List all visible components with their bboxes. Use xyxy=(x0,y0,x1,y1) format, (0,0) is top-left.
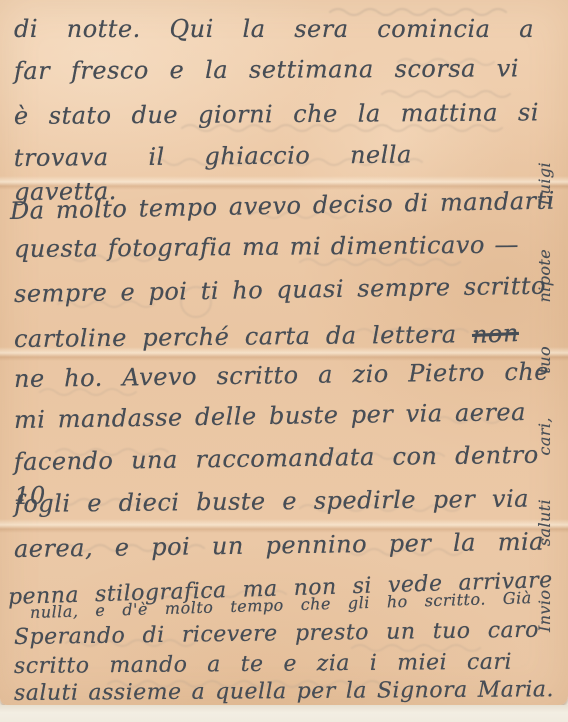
scanned-letter: di notte. Qui la sera comincia a far fre… xyxy=(0,0,568,722)
letter-line: questa fotografia ma mi dimenticavo — xyxy=(14,228,519,266)
letter-line: sempre e poi ti ho quasi sempre scritto xyxy=(14,269,546,311)
margin-note: Invio saluti cari, tuo nipote Luigi xyxy=(533,162,557,632)
letter-line: aerea, e poi un pennino per la mia xyxy=(14,525,544,566)
letter-line: far fresco e la settimana scorsa vi xyxy=(14,51,519,88)
letter-line: di notte. Qui la sera comincia a xyxy=(14,12,534,46)
letter-line: mi mandasse delle buste per via aerea xyxy=(14,395,526,437)
letter-paper: di notte. Qui la sera comincia a far fre… xyxy=(0,0,568,705)
letter-line: cartoline perché carta da lettera non xyxy=(14,317,519,356)
struck-word: non xyxy=(471,316,519,352)
letter-line: fogli e dieci buste e spedirle per via xyxy=(14,482,529,521)
letter-line: è stato due giorni che la mattina si xyxy=(14,95,539,133)
letter-line: ne ho. Avevo scritto a zio Pietro che xyxy=(14,355,549,396)
scanner-background xyxy=(0,705,568,722)
letter-line-text: cartoline perché carta da lettera xyxy=(14,320,472,353)
